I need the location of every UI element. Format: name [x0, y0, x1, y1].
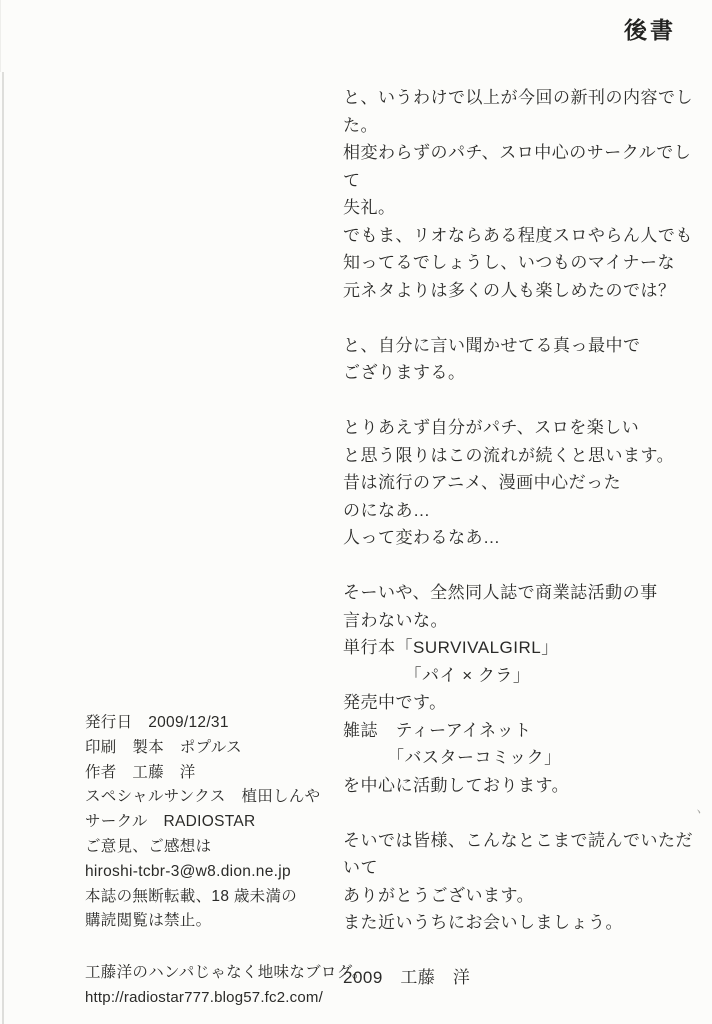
scan-speck: 、	[695, 797, 712, 819]
blog-url: http://radiostar777.blog57.fc2.com/	[85, 985, 385, 1010]
scan-edge-shadow	[2, 72, 4, 1024]
scanned-page: 後書 と、いうわけで以上が今回の新刊の内容でした。 相変わらずのパチ、スロ中心の…	[0, 0, 712, 1024]
blog-caption: 工藤洋のハンパじゃなく地味なブログ。	[85, 960, 385, 985]
afterword-text: と、いうわけで以上が今回の新刊の内容でした。 相変わらずのパチ、スロ中心のサーク…	[343, 84, 705, 992]
blog-block: 工藤洋のハンパじゃなく地味なブログ。 http://radiostar777.b…	[85, 960, 385, 1010]
scan-edge-shadow-top	[0, 0, 1, 72]
page-title: 後書	[624, 12, 676, 45]
colophon-text: 発行日 2009/12/31 印刷 製本 ポプルス 作者 工藤 洋 スペシャルサ…	[85, 711, 335, 934]
